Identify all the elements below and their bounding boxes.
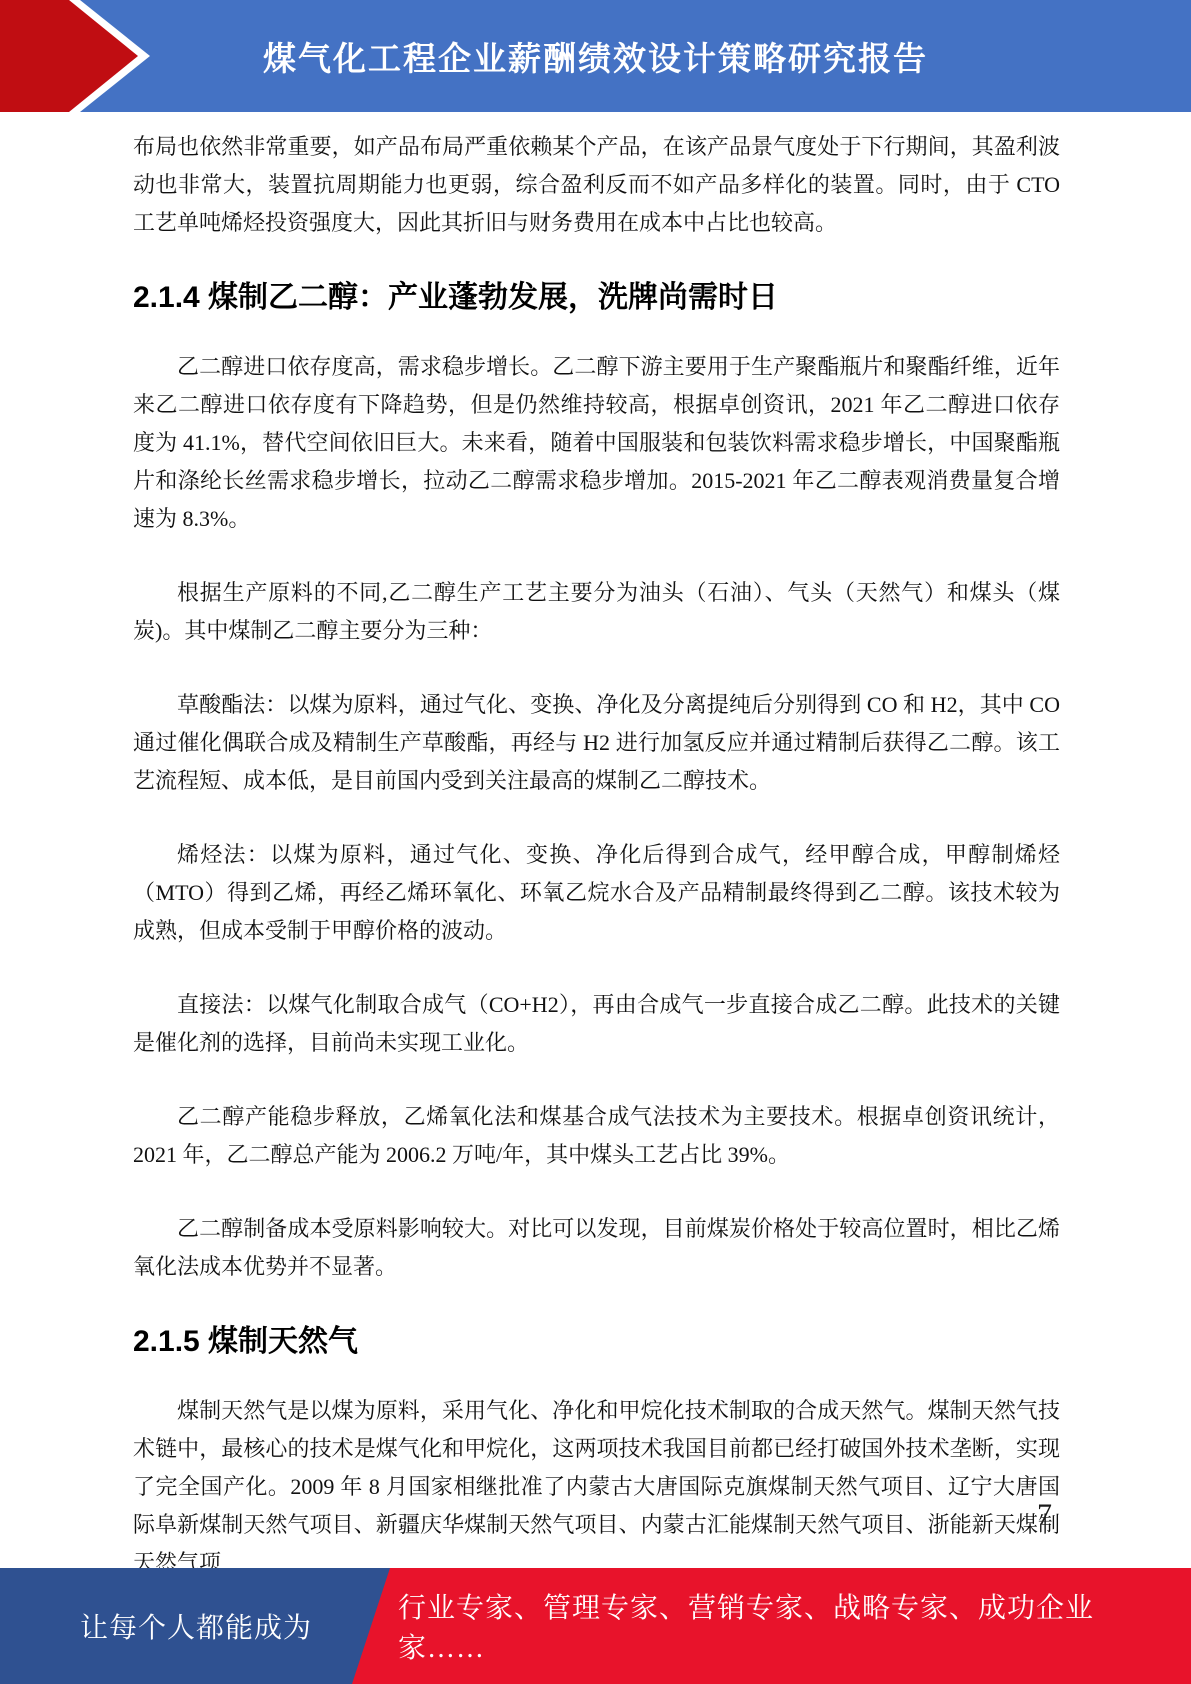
body-paragraph: 煤制天然气是以煤为原料，采用气化、净化和甲烷化技术制取的合成天然气。煤制天然气技… <box>133 1392 1060 1582</box>
body-paragraph: 直接法：以煤气化制取合成气（CO+H2），再由合成气一步直接合成乙二醇。此技术的… <box>133 986 1060 1062</box>
content: 布局也依然非常重要，如产品布局严重依赖某个产品，在该产品景气度处于下行期间，其盈… <box>133 128 1060 1618</box>
body-paragraph: 烯烃法：以煤为原料，通过气化、变换、净化后得到合成气，经甲醇合成，甲醇制烯烃（M… <box>133 836 1060 950</box>
body-paragraph: 乙二醇进口依存度高，需求稳步增长。乙二醇下游主要用于生产聚酯瓶片和聚酯纤维，近年… <box>133 348 1060 538</box>
footer-slogan-list: 行业专家、管理专家、营销专家、战略专家、成功企业家…… <box>398 1568 1171 1684</box>
footer: 让每个人都能成为 行业专家、管理专家、营销专家、战略专家、成功企业家…… <box>0 1568 1191 1684</box>
section-heading: 2.1.5 煤制天然气 <box>133 1322 1060 1362</box>
body-paragraph: 草酸酯法：以煤为原料，通过气化、变换、净化及分离提纯后分别得到 CO 和 H2，… <box>133 686 1060 800</box>
page-number: 7 <box>1037 1498 1052 1532</box>
body-paragraph: 布局也依然非常重要，如产品布局严重依赖某个产品，在该产品景气度处于下行期间，其盈… <box>133 128 1060 242</box>
report-title: 煤气化工程企业薪酬绩效设计策略研究报告 <box>0 0 1191 112</box>
body-paragraph: 乙二醇制备成本受原料影响较大。对比可以发现，目前煤炭价格处于较高位置时，相比乙烯… <box>133 1210 1060 1286</box>
body-paragraph: 根据生产原料的不同,乙二醇生产工艺主要分为油头（石油）、气头（天然气）和煤头（煤… <box>133 574 1060 650</box>
body-paragraph: 乙二醇产能稳步释放，乙烯氧化法和煤基合成气法技术为主要技术。根据卓创资讯统计，2… <box>133 1098 1060 1174</box>
section-heading: 2.1.4 煤制乙二醇：产业蓬勃发展，洗牌尚需时日 <box>133 278 1060 318</box>
header-banner: 煤气化工程企业薪酬绩效设计策略研究报告 <box>0 0 1191 112</box>
document-page: 煤气化工程企业薪酬绩效设计策略研究报告 布局也依然非常重要，如产品布局严重依赖某… <box>0 0 1191 1684</box>
footer-slogan-prefix: 让每个人都能成为 <box>0 1568 312 1684</box>
